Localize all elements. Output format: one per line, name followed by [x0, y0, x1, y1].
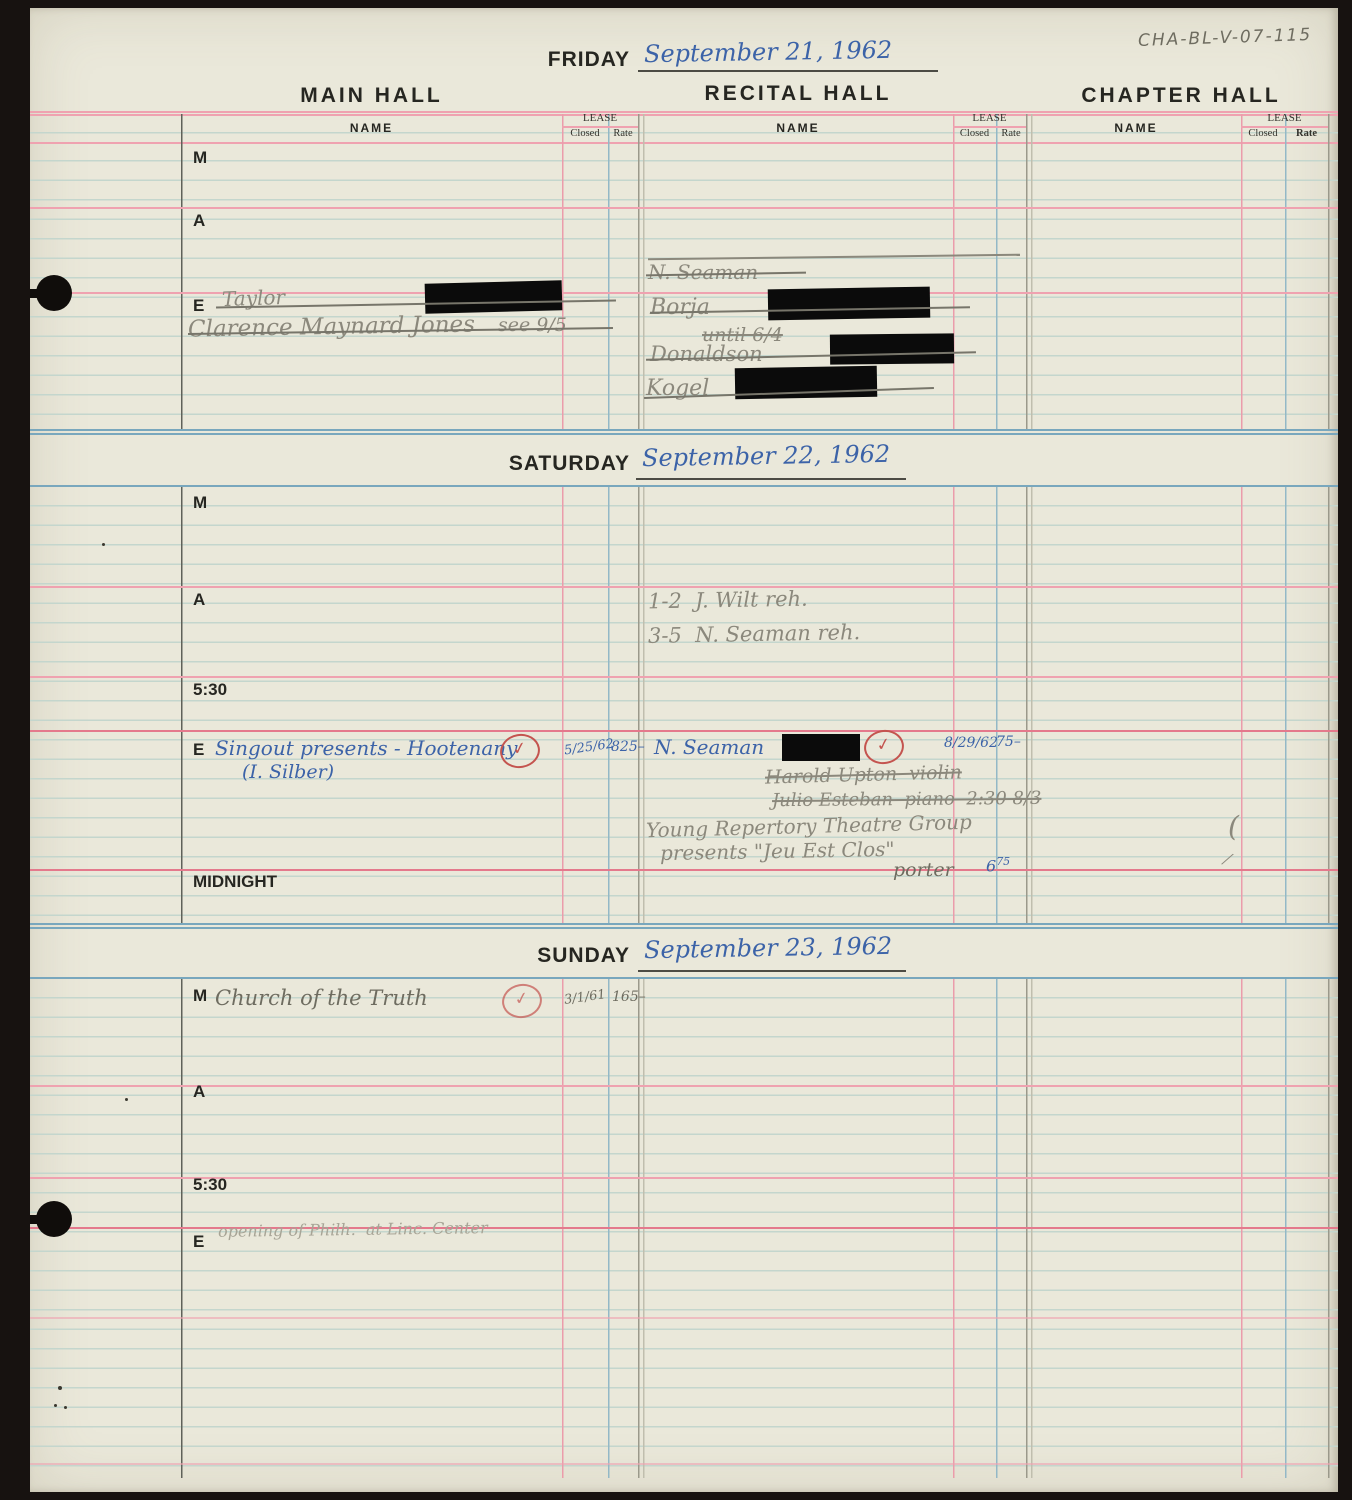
entry-saturday-recital-e1: N. Seaman	[654, 735, 764, 759]
col-lease-recital: LEASE	[953, 112, 1026, 124]
col-name-chapter: NAME	[1031, 121, 1241, 135]
row-label-saturday-a: A	[193, 590, 205, 610]
entry-saturday-recital-e-rate: 75–	[996, 734, 1021, 750]
col-name-recital: NAME	[643, 121, 953, 135]
entry-saturday-main-e2: (I. Silber)	[242, 761, 334, 783]
row-label-saturday-m: M	[193, 493, 207, 513]
day-date-friday: September 21, 1962	[644, 36, 893, 68]
ink-speck	[64, 1406, 67, 1409]
ink-speck	[102, 543, 105, 546]
entry-saturday-recital-e6: porter	[893, 859, 954, 881]
redaction-box	[830, 333, 954, 364]
hall-title-chapter: CHAPTER HALL	[1031, 84, 1331, 108]
col-closed-main: Closed	[562, 128, 608, 139]
entry-saturday-main-e-rate: 825–	[611, 739, 645, 755]
row-label-friday-m: M	[193, 148, 207, 168]
entry-saturday-recital-a1: 1-2 J. Wilt reh.	[648, 587, 808, 614]
ink-speck	[125, 1098, 128, 1101]
row-label-sunday-e: E	[193, 1232, 204, 1252]
row-label-friday-e: E	[193, 296, 204, 316]
entry-friday-recital-2: Borja	[650, 295, 710, 320]
ledger-page: CHA-BL-V-07-115 FRIDAY September 21, 196…	[30, 8, 1338, 1492]
day-label-friday: FRIDAY	[470, 48, 630, 72]
entry-saturday-recital-e3: Julio Esteban piano 2:30 8/3	[772, 788, 1042, 811]
row-label-saturday-midnight: MIDNIGHT	[193, 872, 277, 892]
entry-saturday-recital-a2: 3-5 N. Seaman reh.	[648, 620, 861, 648]
col-rate-chapter: Rate	[1285, 128, 1328, 139]
redaction-box	[782, 734, 860, 761]
col-lease-main: LEASE	[562, 112, 638, 124]
call-number: CHA-BL-V-07-115	[1138, 25, 1313, 51]
entry-saturday-main-e1: Singout presents - Hootenany	[215, 736, 517, 760]
col-closed-chapter: Closed	[1241, 128, 1285, 139]
row-label-sunday-a: A	[193, 1082, 205, 1102]
entry-friday-main-e-name2: Clarence Maynard Jones	[188, 311, 475, 342]
day-date-sunday: September 23, 1962	[644, 932, 893, 964]
redaction-box	[425, 280, 563, 314]
punch-hole-slot	[30, 1215, 52, 1224]
day-label-sunday: SUNDAY	[470, 944, 630, 968]
col-closed-recital: Closed	[953, 128, 996, 139]
col-lease-chapter: LEASE	[1241, 112, 1328, 124]
ink-speck	[54, 1404, 57, 1407]
punch-hole-slot	[30, 289, 52, 298]
entry-saturday-recital-e5: presents "Jeu Est Clos"	[660, 837, 895, 865]
col-name-main: NAME	[181, 121, 562, 135]
ink-speck	[58, 1386, 62, 1390]
row-label-sunday-m: M	[193, 986, 207, 1006]
entry-saturday-recital-e-closed: 8/29/62	[944, 735, 998, 751]
entry-friday-main-e-note: see 9/5	[498, 314, 567, 336]
row-label-friday-a: A	[193, 211, 205, 231]
col-rate-recital: Rate	[996, 128, 1026, 139]
day-label-saturday: SATURDAY	[470, 452, 630, 476]
hall-title-recital: RECITAL HALL	[643, 82, 953, 106]
entry-saturday-recital-e6-amount: 675	[986, 855, 1010, 875]
entry-sunday-main-m: Church of the Truth	[215, 986, 428, 1010]
margin-mark-paren: (	[1228, 810, 1239, 843]
entry-sunday-main-e: opening of Philh. at Linc. Center	[218, 1218, 488, 1241]
row-label-saturday-e: E	[193, 740, 204, 760]
hall-title-main: MAIN HALL	[181, 84, 562, 108]
row-label-sunday-530: 5:30	[193, 1175, 227, 1195]
entry-friday-recital-4: Donaldson	[650, 342, 763, 366]
redaction-box	[768, 287, 931, 321]
entry-sunday-main-m-rate: 165–	[612, 989, 646, 1005]
row-label-saturday-530: 5:30	[193, 680, 227, 700]
day-date-saturday: September 22, 1962	[642, 440, 891, 472]
col-rate-main: Rate	[608, 128, 638, 139]
date-underline	[638, 70, 938, 72]
